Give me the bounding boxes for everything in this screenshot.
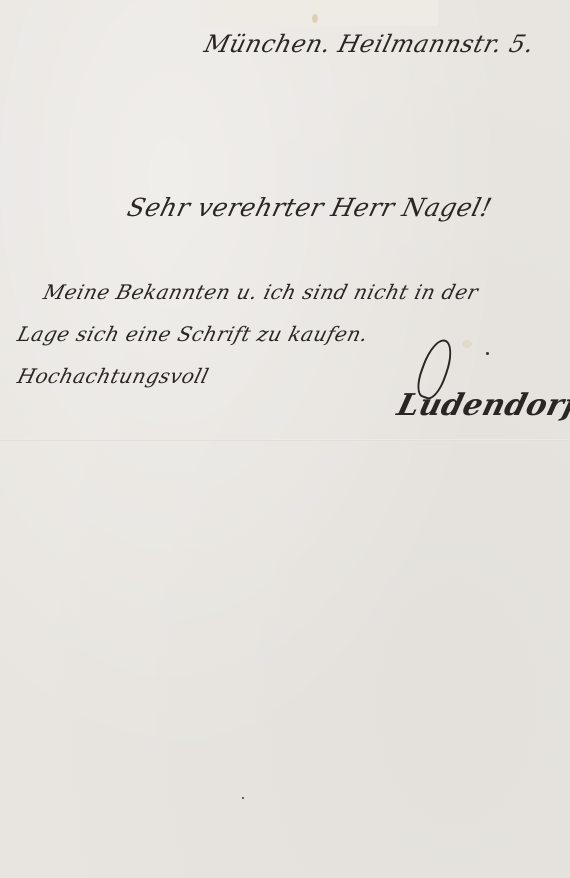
paper-mount-tab xyxy=(200,0,438,26)
letter-signature: Ludendorff. xyxy=(394,388,570,423)
letter-address: München. Heilmannstr. 5. xyxy=(202,30,538,58)
letter-body-line: Lage sich eine Schrift zu kaufen. xyxy=(15,322,371,346)
paper-fold-line xyxy=(0,439,570,441)
ink-dot xyxy=(486,352,489,355)
letter-salutation: Sehr verehrter Herr Nagel! xyxy=(124,193,495,222)
paper-speck xyxy=(242,797,244,799)
letter-page: München. Heilmannstr. 5. Sehr verehrter … xyxy=(0,0,570,878)
letter-body-line: Meine Bekannten u. ich sind nicht in der xyxy=(41,280,481,304)
paper-stain xyxy=(462,340,472,348)
letter-closing: Hochachtungsvoll xyxy=(15,364,212,388)
paper-stain xyxy=(312,14,318,23)
